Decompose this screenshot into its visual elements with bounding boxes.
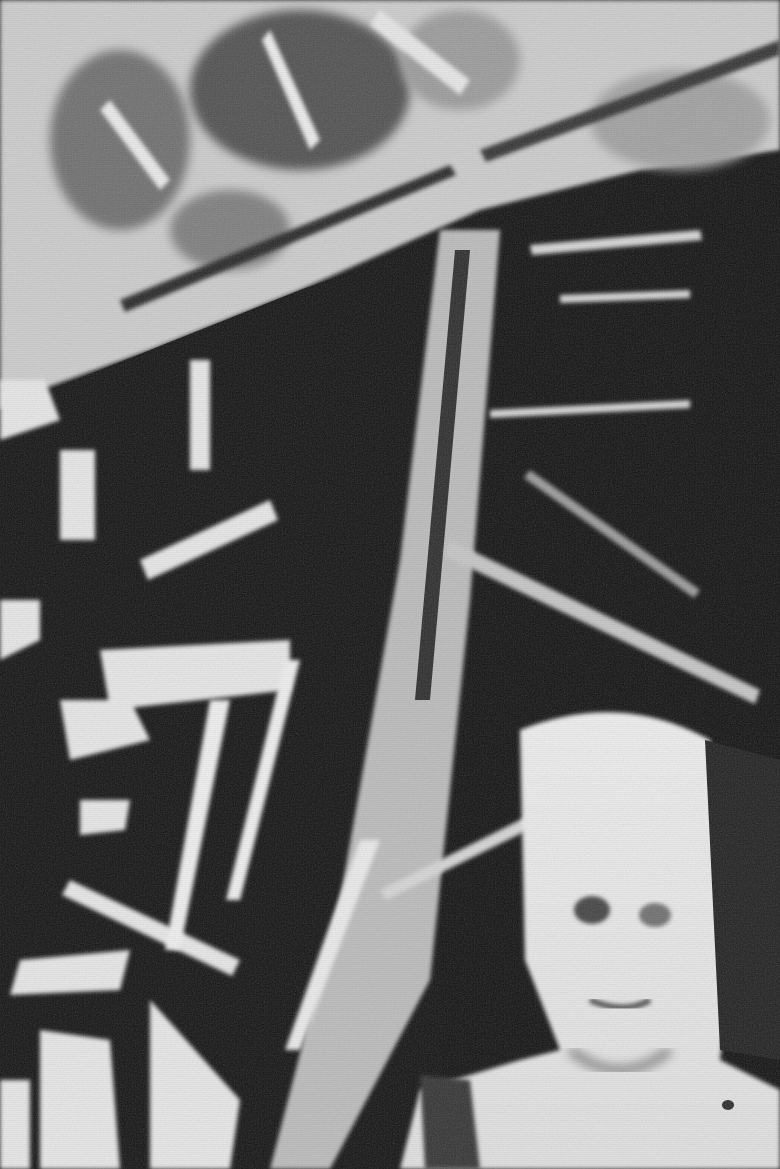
film-still: Grainy high-contrast black-and-white fil… [0, 0, 780, 1169]
film-still-drawing [0, 0, 780, 1169]
